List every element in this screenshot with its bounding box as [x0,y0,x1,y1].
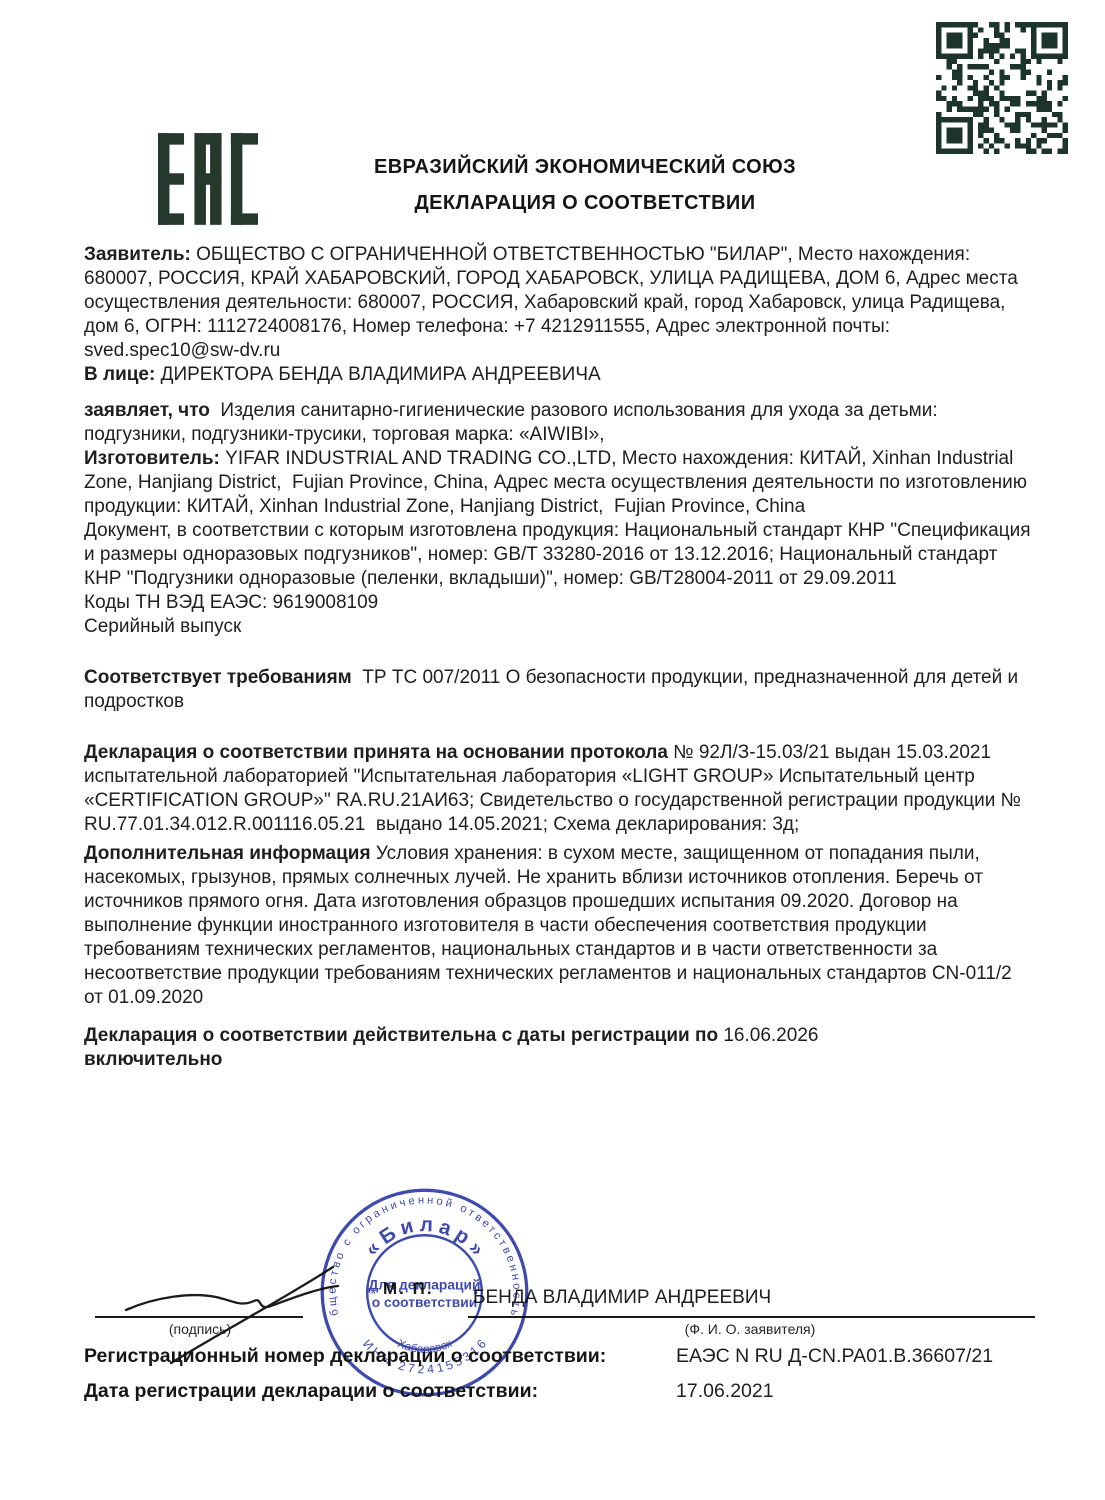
company-round-stamp: Общество с ограниченной ответственностью… [312,1180,537,1405]
signature-caption: (подпись) [130,1321,270,1337]
registration-number-value: ЕАЭС N RU Д-CN.РА01.В.36607/21 [676,1344,993,1368]
paragraph-validity: Декларация о соответствии действительна … [84,1024,1035,1072]
svg-text:«Билар»: «Билар» [360,1213,489,1261]
registration-date-label: Дата регистрации декларации о соответств… [84,1379,676,1403]
declaration-document-page: ЕВРАЗИЙСКИЙ ЭКОНОМИЧЕСКИЙ СОЮЗ ДЕКЛАРАЦИ… [0,0,1105,1500]
paragraph-complies: Соответствует требованиям ТР ТС 007/2011… [84,666,1035,714]
union-title: ЕВРАЗИЙСКИЙ ЭКОНОМИЧЕСКИЙ СОЮЗ [90,156,1080,179]
stamp-star-right: * [472,1286,479,1304]
paragraph-in-person: В лице: ДИРЕКТОРА БЕНДА ВЛАДИМИРА АНДРЕЕ… [84,363,1035,387]
registration-date-value: 17.06.2021 [676,1379,774,1403]
stamp-center-line2: о соответствии [372,1295,477,1310]
stamp-brand-text: «Билар» [360,1213,489,1261]
paragraph-declares: заявляет, что Изделия санитарно-гигиенич… [84,399,1035,447]
paragraph-tnved-codes: Коды ТН ВЭД ЕАЭС: 9619008109 [84,591,1035,615]
paragraph-additional-info: Дополнительная информация Условия хранен… [84,842,1035,1010]
signature-line [95,1316,303,1318]
paragraph-product-document: Документ, в соответствии с которым изгот… [84,519,1035,591]
registration-number-label: Регистрационный номер декларации о соотв… [84,1344,676,1368]
stamp-star-left: * [370,1286,377,1304]
registration-number-row: Регистрационный номер декларации о соотв… [84,1344,1074,1368]
registration-date-row: Дата регистрации декларации о соответств… [84,1379,1074,1403]
paragraph-basis: Декларация о соответствии принята на осн… [84,741,1035,837]
document-title: ДЕКЛАРАЦИЯ О СООТВЕТСТВИИ [90,192,1080,215]
paragraph-applicant: Заявитель: ОБЩЕСТВО С ОГРАНИЧЕННОЙ ОТВЕТ… [84,243,1035,363]
stamp-center-line1: Для деклараций [369,1277,481,1292]
name-line [468,1316,1035,1318]
document-header: ЕВРАЗИЙСКИЙ ЭКОНОМИЧЕСКИЙ СОЮЗ ДЕКЛАРАЦИ… [90,156,1080,215]
name-caption: (Ф. И. О. заявителя) [610,1321,890,1337]
document-body: Заявитель: ОБЩЕСТВО С ОГРАНИЧЕННОЙ ОТВЕТ… [84,243,1035,1072]
paragraph-serial-issue: Серийный выпуск [84,615,1035,639]
paragraph-manufacturer: Изготовитель: YIFAR INDUSTRIAL AND TRADI… [84,447,1035,519]
qr-code-icon [936,22,1068,154]
